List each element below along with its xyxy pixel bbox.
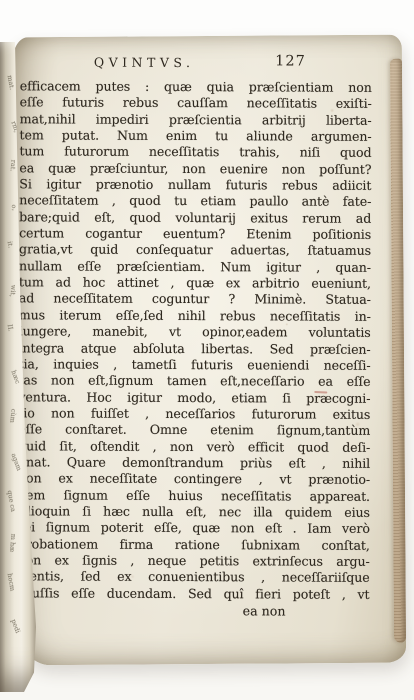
book-page: QVINTVS. 127 efficacem putes : quæ quia … bbox=[12, 35, 406, 666]
text-line: non ex neceſſitate contingere , vt præno… bbox=[18, 471, 370, 489]
text-line: nullam eſſe præſcientiam. Num igitur , q… bbox=[19, 258, 371, 276]
running-header: QVINTVS. 127 bbox=[20, 51, 372, 77]
curled-text-fragment: it. bbox=[6, 241, 16, 262]
curled-text-fragment: agam bbox=[10, 452, 20, 465]
text-line: tem putat. Num enim tu aliunde argumen- bbox=[20, 127, 372, 145]
body-text: efficacem putes : quæ quia præſcientiam … bbox=[18, 78, 372, 603]
text-line: mentis, ſed ex conuenientibus , neceſſar… bbox=[18, 569, 370, 587]
book-fore-edge bbox=[390, 59, 406, 643]
curled-text-fragment: II. bbox=[6, 324, 16, 345]
text-line: Si igitur prænotio nullam futuris rebus … bbox=[19, 176, 371, 194]
text-line: integra atque abſoluta libertas. Sed præ… bbox=[19, 340, 371, 358]
text-line: tas non eſt,ſignum tamen eſt,neceſſario … bbox=[18, 372, 370, 390]
text-line: tia, inquies , tametſi futuris eueniendi… bbox=[19, 356, 371, 374]
curled-text-fragment: que ca bbox=[6, 490, 16, 511]
curled-text-fragment: m hæ bbox=[9, 533, 17, 551]
running-header-title: QVINTVS. bbox=[94, 55, 195, 70]
text-line: bare;quid eſt, quod voluntarij exitus re… bbox=[19, 209, 371, 227]
text-line: eſſe futuris rebus cauſſam neceſſitatis … bbox=[20, 95, 372, 113]
page-text-block: QVINTVS. 127 efficacem putes : quæ quia … bbox=[17, 51, 371, 620]
curled-text-fragment: hæc bbox=[10, 369, 20, 382]
text-line: efficacem putes : quæ quia præſcientiam … bbox=[20, 78, 372, 96]
text-line: rei ſignum poterit eſſe, quæ non eſt . I… bbox=[18, 520, 370, 538]
text-line: nem ſignum eſſe huius neceſſitatis appar… bbox=[18, 487, 370, 505]
curled-text-fragment: pedi bbox=[10, 618, 20, 631]
text-line: iungere, manebit, vt opinor,eadem volunt… bbox=[19, 323, 371, 341]
text-line: Alioquin ſi hæc nulla eſt, nec illa quid… bbox=[18, 503, 370, 521]
text-line: non ex ſignis , neque petitis extrinſecu… bbox=[18, 552, 370, 570]
text-line: probationem firma ratione ſubnixam conſt… bbox=[18, 536, 370, 554]
text-line: mus iterum eſſe,ſed nihil rebus neceſſit… bbox=[19, 307, 371, 325]
text-line: tio non fuiſſet , neceſſarios futurorum … bbox=[18, 405, 370, 423]
text-line: tum ad hoc attinet , quæ ex arbitrio eue… bbox=[19, 274, 371, 292]
text-line: ad neceſſitatem coguntur ? Minimè. Statu… bbox=[19, 291, 371, 309]
text-line: eſſe conſtaret. Omne etenim ſignum,tantù… bbox=[18, 422, 370, 440]
photo-background: QVINTVS. 127 efficacem putes : quæ quia … bbox=[0, 0, 414, 700]
curled-text-fragment: wit, bbox=[9, 284, 17, 302]
text-line: mat,nihil impediri præſcientia arbitrij … bbox=[20, 111, 372, 129]
curled-text-fragment: rat. bbox=[9, 159, 17, 177]
curled-text-fragment: mat. bbox=[6, 75, 16, 96]
text-line: cauſſis eſſe ducendam. Sed quî fieri pot… bbox=[18, 585, 370, 603]
text-line: gnat. Quare demonſtrandum priùs eſt , ni… bbox=[18, 454, 370, 472]
text-line: certum cogantur euentum? Etenim poſition… bbox=[19, 225, 371, 243]
catchword: ea non bbox=[17, 601, 369, 620]
text-line: gratia,vt quid conſequatur aduertas, ſta… bbox=[19, 242, 371, 260]
text-line: neceſſitatem , quod tu etiam paullo antè… bbox=[19, 193, 371, 211]
text-line: quid ſit, oſtendit , non verò efficit qu… bbox=[18, 438, 370, 456]
page-number: 127 bbox=[275, 53, 306, 69]
text-line: tum futurorum neceſſitatis trahis, niſi … bbox=[19, 144, 371, 162]
curled-text-fragment: cùm bbox=[9, 408, 17, 426]
curled-text-fragment: hocm bbox=[6, 573, 16, 594]
text-line: ea quæ præſciuntur, non euenire non poſſ… bbox=[19, 160, 371, 178]
